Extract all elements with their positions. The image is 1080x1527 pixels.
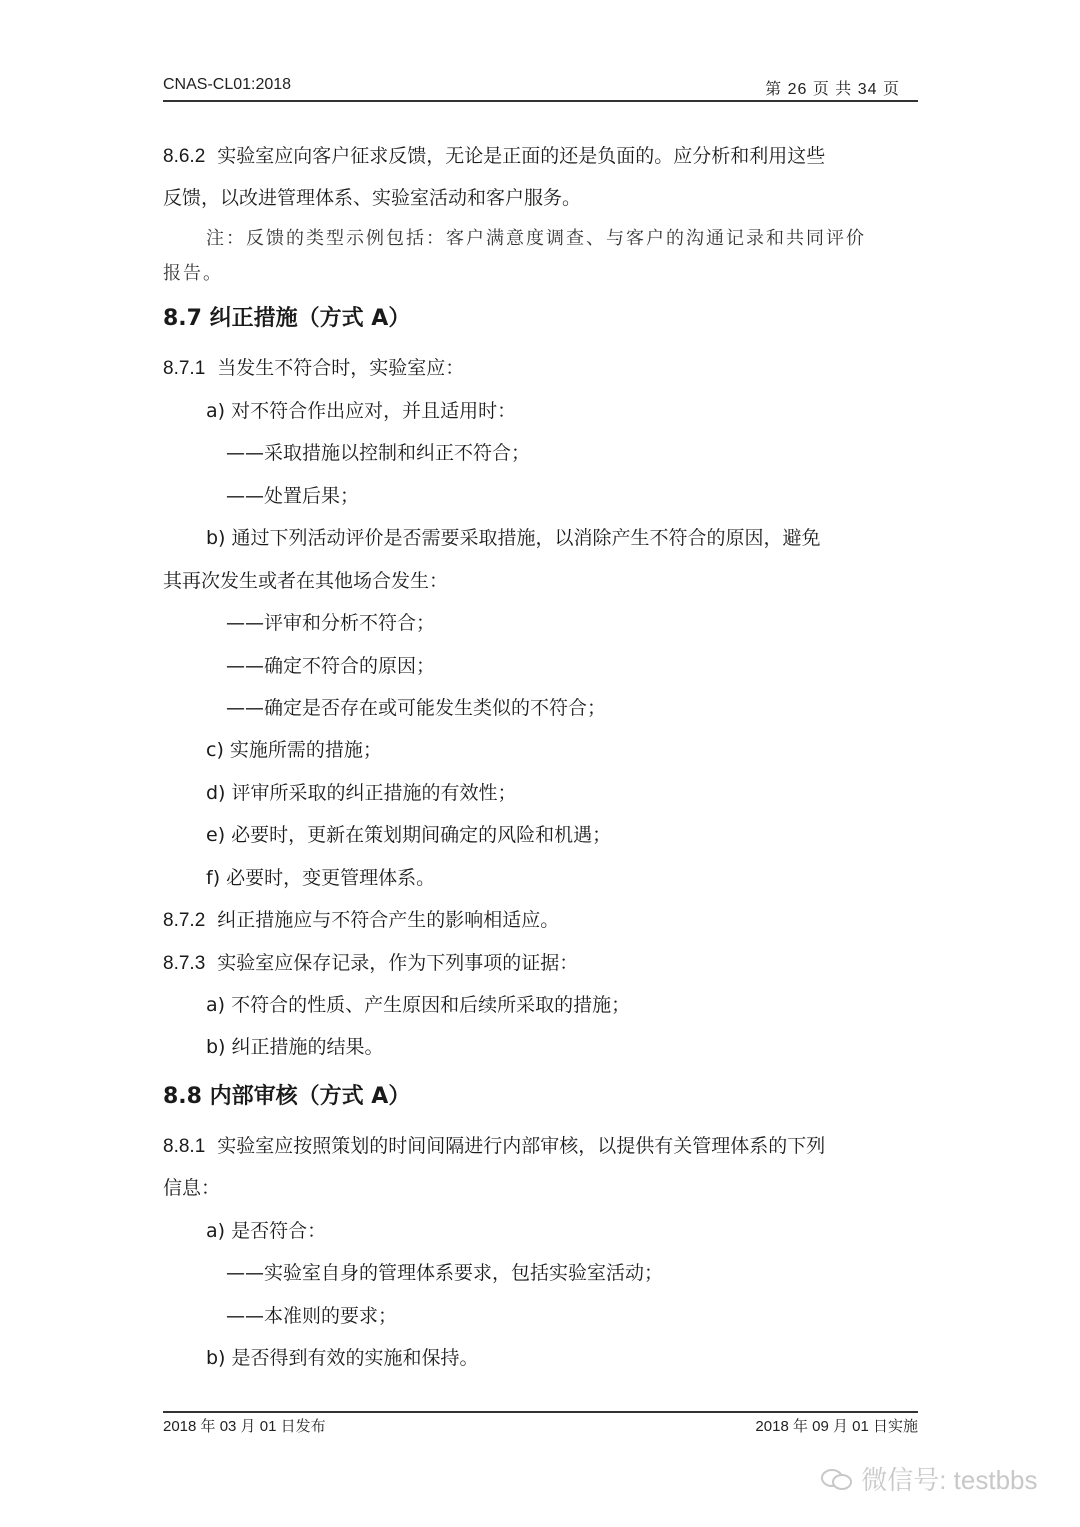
item-a: a) 不符合的性质、产生原因和后续所采取的措施； — [206, 990, 630, 1017]
note-line2: 报告。 — [163, 259, 223, 285]
header-rule — [163, 100, 918, 102]
dash-item: ——确定是否存在或可能发生类似的不符合； — [226, 693, 606, 720]
dash-item: ——评审和分析不符合； — [226, 608, 435, 635]
dash-item: ——处置后果； — [226, 481, 359, 508]
clause-8-8-1-line2: 信息： — [163, 1173, 220, 1200]
item-b-line1: b) 通过下列活动评价是否需要采取措施，以消除产生不符合的原因，避免 — [206, 523, 821, 550]
item-b: b) 是否得到有效的实施和保持。 — [206, 1343, 479, 1370]
clause-8-7-3: 8.7.3实验室应保存记录，作为下列事项的证据： — [163, 948, 578, 975]
issue-date: 2018 年 03 月 01 日发布 — [163, 1415, 326, 1436]
item-b-line2: 其再次发生或者在其他场合发生： — [163, 566, 448, 593]
section-heading-8-7: 8.7 纠正措施（方式 A） — [163, 301, 410, 332]
effective-date: 2018 年 09 月 01 日实施 — [755, 1415, 918, 1436]
clause-8-7-1: 8.7.1当发生不符合时，实验室应： — [163, 353, 464, 380]
dash-item: ——本准则的要求； — [226, 1301, 397, 1328]
clause-8-6-2-line1: 8.6.2实验室应向客户征求反馈，无论是正面的还是负面的。应分析和利用这些 — [163, 141, 825, 168]
dash-item: ——采取措施以控制和纠正不符合； — [226, 438, 530, 465]
item-b: b) 纠正措施的结果。 — [206, 1032, 384, 1059]
footer-rule — [163, 1411, 918, 1413]
dash-item: ——确定不符合的原因； — [226, 651, 435, 678]
clause-8-7-2: 8.7.2纠正措施应与不符合产生的影响相适应。 — [163, 905, 559, 932]
dash-item: ——实验室自身的管理体系要求，包括实验室活动； — [226, 1258, 663, 1285]
watermark: 微信号: testbbs — [820, 1460, 1038, 1497]
wechat-icon — [820, 1467, 854, 1493]
section-heading-8-8: 8.8 内部审核（方式 A） — [163, 1079, 410, 1110]
item-d: d) 评审所采取的纠正措施的有效性； — [206, 778, 517, 805]
item-f: f) 必要时，变更管理体系。 — [206, 863, 435, 890]
item-a: a) 是否符合： — [206, 1216, 326, 1243]
clause-8-8-1-line1: 8.8.1实验室应按照策划的时间间隔进行内部审核，以提供有关管理体系的下列 — [163, 1131, 825, 1158]
clause-8-6-2-line2: 反馈，以改进管理体系、实验室活动和客户服务。 — [163, 183, 581, 210]
note-line1: 注：反馈的类型示例包括：客户满意度调查、与客户的沟通记录和共同评价 — [206, 224, 866, 250]
item-a: a) 对不符合作出应对，并且适用时： — [206, 396, 516, 423]
page-header: CNAS-CL01:2018 第 26 页 共 34 页 — [163, 76, 918, 100]
item-e: e) 必要时，更新在策划期间确定的风险和机遇； — [206, 820, 611, 847]
page-number: 第 26 页 共 34 页 — [765, 76, 900, 99]
document-id: CNAS-CL01:2018 — [163, 76, 291, 94]
item-c: c) 实施所需的措施； — [206, 735, 382, 762]
